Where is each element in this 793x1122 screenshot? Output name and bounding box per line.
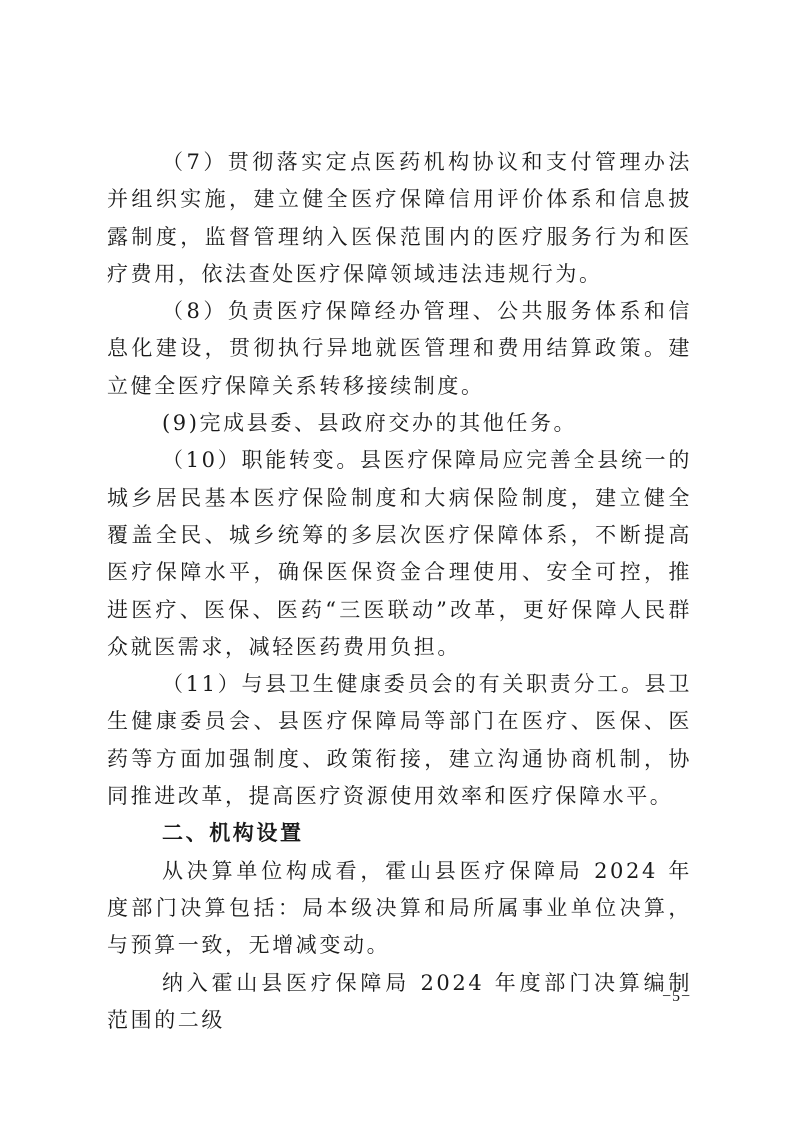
section-paragraph-1: 从决算单位构成看，霍山县医疗保障局 2024 年度部门决算包括：局本级决算和局所…: [107, 853, 692, 965]
paragraph-7: （7）贯彻落实定点医药机构协议和支付管理办法并组织实施，建立健全医疗保障信用评价…: [107, 144, 692, 293]
paragraph-11: （11）与县卫生健康委员会的有关职责分工。县卫生健康委员会、县医疗保障局等部门在…: [107, 666, 692, 815]
document-page: （7）贯彻落实定点医药机构协议和支付管理办法并组织实施，建立健全医疗保障信用评价…: [107, 144, 692, 1039]
section-heading: 二、机构设置: [107, 815, 692, 852]
page-number: −5−: [662, 988, 691, 1006]
paragraph-9: (9)完成县委、县政府交办的其他任务。: [107, 405, 692, 442]
section-paragraph-2: 纳入霍山县医疗保障局 2024 年度部门决算编制范围的二级: [107, 965, 692, 1040]
paragraph-10: （10）职能转变。县医疗保障局应完善全县统一的城乡居民基本医疗保险制度和大病保险…: [107, 442, 692, 666]
paragraph-8: （8）负责医疗保障经办管理、公共服务体系和信息化建设，贯彻执行异地就医管理和费用…: [107, 293, 692, 405]
